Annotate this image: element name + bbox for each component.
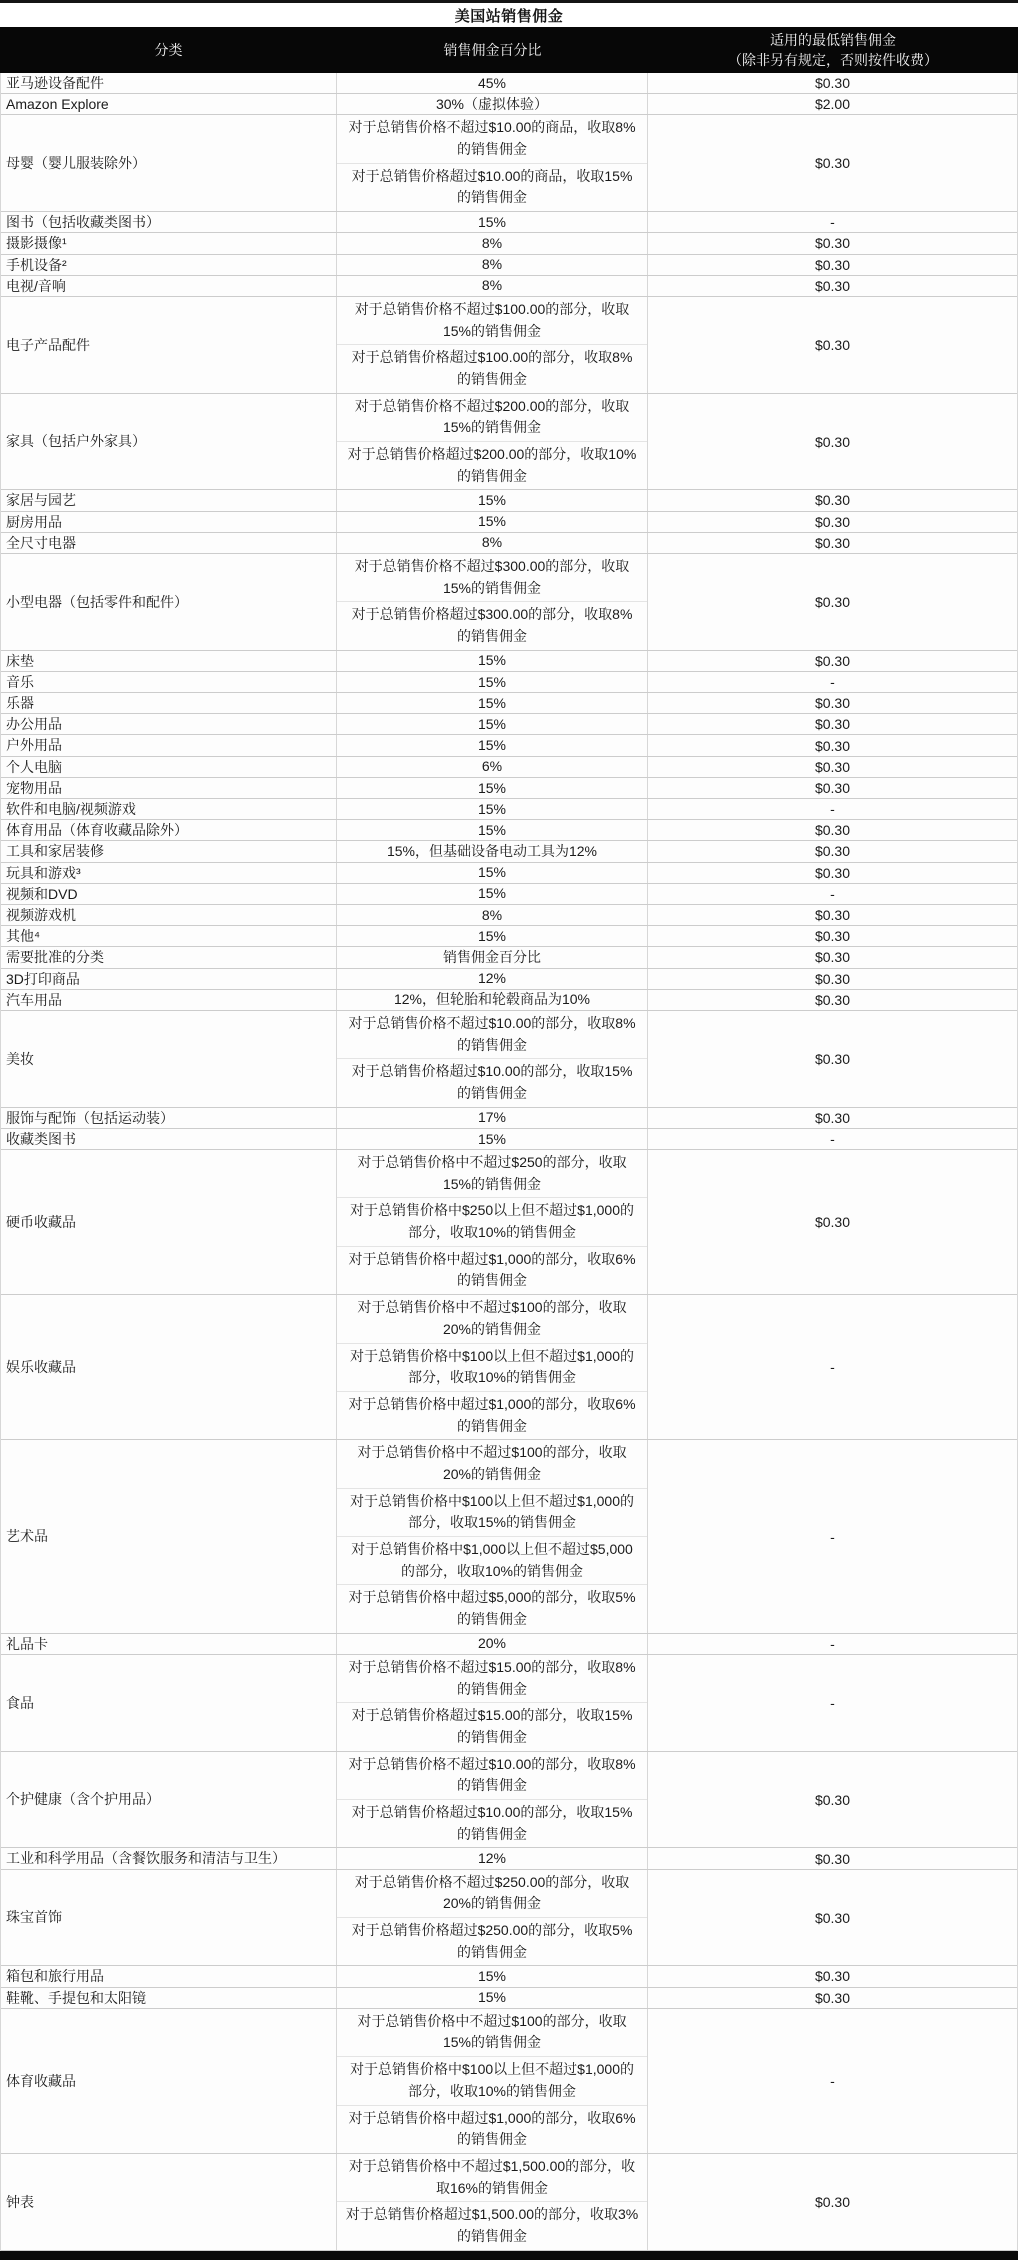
category-cell: 电子产品配件 — [1, 297, 337, 393]
category-cell: 电视/音响 — [1, 276, 337, 296]
table-row: 户外用品15%$0.30 — [1, 735, 1017, 756]
category-cell: 床垫 — [1, 651, 337, 671]
rate-tier: 15% — [337, 512, 647, 532]
category-cell: Amazon Explore — [1, 94, 337, 114]
category-cell: 家具（包括户外家具） — [1, 394, 337, 490]
category-cell: 视频游戏机 — [1, 905, 337, 925]
table-row: 硬币收藏品对于总销售价格中不超过$250的部分，收取15%的销售佣金对于总销售价… — [1, 1150, 1017, 1295]
rate-cell: 15% — [337, 212, 648, 232]
rate-tier: 15% — [337, 714, 647, 734]
rate-cell: 销售佣金百分比 — [337, 947, 648, 967]
rate-tier: 15% — [337, 212, 647, 232]
table-row: 电视/音响8%$0.30 — [1, 276, 1017, 297]
rate-tier: 对于总销售价格不超过$200.00的部分，收取15%的销售佣金 — [337, 394, 647, 442]
table-row: 玩具和游戏³15%$0.30 — [1, 863, 1017, 884]
rate-cell: 对于总销售价格中不超过$250的部分，收取15%的销售佣金对于总销售价格中$25… — [337, 1150, 648, 1294]
min-fee-cell: $2.00 — [648, 94, 1017, 114]
min-fee-cell: $0.30 — [648, 841, 1017, 861]
rate-tier: 对于总销售价格超过$10.00的部分，收取15%的销售佣金 — [337, 1800, 647, 1847]
rate-cell: 对于总销售价格不超过$10.00的部分，收取8%的销售佣金对于总销售价格超过$1… — [337, 1011, 648, 1107]
table-row: 工业和科学用品（含餐饮服务和清洁与卫生）12%$0.30 — [1, 1848, 1017, 1869]
rate-cell: 8% — [337, 276, 648, 296]
min-fee-cell: $0.30 — [648, 714, 1017, 734]
category-cell: 摄影摄像¹ — [1, 233, 337, 253]
min-fee-cell: - — [648, 1440, 1017, 1633]
rate-cell: 8% — [337, 533, 648, 553]
table-row: 个护健康（含个护用品）对于总销售价格不超过$10.00的部分，收取8%的销售佣金… — [1, 1752, 1017, 1849]
table-row: 家居与园艺15%$0.30 — [1, 490, 1017, 511]
min-fee-cell: - — [648, 799, 1017, 819]
rate-tier: 12% — [337, 1848, 647, 1868]
category-cell: 其他⁴ — [1, 926, 337, 946]
min-fee-cell: - — [648, 1295, 1017, 1439]
category-cell: 全尺寸电器 — [1, 533, 337, 553]
rate-tier: 对于总销售价格超过$10.00的部分，收取15%的销售佣金 — [337, 1059, 647, 1106]
category-cell: 办公用品 — [1, 714, 337, 734]
min-fee-cell: $0.30 — [648, 1966, 1017, 1986]
rate-tier: 15% — [337, 1966, 647, 1986]
rate-tier: 对于总销售价格不超过$250.00的部分，收取20%的销售佣金 — [337, 1870, 647, 1918]
rate-cell: 对于总销售价格不超过$250.00的部分，收取20%的销售佣金对于总销售价格超过… — [337, 1870, 648, 1966]
rate-tier: 对于总销售价格超过$100.00的部分，收取8%的销售佣金 — [337, 345, 647, 392]
rate-tier: 对于总销售价格超过$250.00的部分，收取5%的销售佣金 — [337, 1918, 647, 1965]
rate-tier: 对于总销售价格中$100以上但不超过$1,000的部分，收取10%的销售佣金 — [337, 1344, 647, 1392]
rate-cell: 15% — [337, 512, 648, 532]
category-cell: 软件和电脑/视频游戏 — [1, 799, 337, 819]
category-cell: 视频和DVD — [1, 884, 337, 904]
min-fee-cell: $0.30 — [648, 947, 1017, 967]
table-row: 摄影摄像¹8%$0.30 — [1, 233, 1017, 254]
category-cell: 珠宝首饰 — [1, 1870, 337, 1966]
min-fee-cell: $0.30 — [648, 115, 1017, 211]
rate-cell: 15% — [337, 735, 648, 755]
rate-tier: 对于总销售价格超过$300.00的部分，收取8%的销售佣金 — [337, 602, 647, 649]
rate-tier: 对于总销售价格超过$15.00的部分，收取15%的销售佣金 — [337, 1703, 647, 1750]
rate-cell: 对于总销售价格不超过$200.00的部分，收取15%的销售佣金对于总销售价格超过… — [337, 394, 648, 490]
min-fee-cell: $0.30 — [648, 735, 1017, 755]
table-row: 体育用品（体育收藏品除外）15%$0.30 — [1, 820, 1017, 841]
rate-tier: 对于总销售价格中$100以上但不超过$1,000的部分，收取15%的销售佣金 — [337, 1489, 647, 1537]
min-fee-cell: $0.30 — [648, 2154, 1017, 2250]
rate-cell: 12%，但轮胎和轮毂商品为10% — [337, 990, 648, 1010]
min-fee-cell: $0.30 — [648, 926, 1017, 946]
table-row: 个人电脑6%$0.30 — [1, 757, 1017, 778]
table-row: 收藏类图书15%- — [1, 1129, 1017, 1150]
rate-tier: 8% — [337, 533, 647, 553]
page-title: 美国站销售佣金 — [455, 5, 564, 26]
rate-cell: 15% — [337, 651, 648, 671]
min-fee-cell: $0.30 — [648, 394, 1017, 490]
rate-tier: 对于总销售价格超过$200.00的部分，收取10%的销售佣金 — [337, 442, 647, 489]
rate-tier: 17% — [337, 1108, 647, 1128]
rate-tier: 对于总销售价格中超过$1,000的部分，收取6%的销售佣金 — [337, 2106, 647, 2153]
table-row: 手机设备²8%$0.30 — [1, 255, 1017, 276]
table-row: 汽车用品12%，但轮胎和轮毂商品为10%$0.30 — [1, 990, 1017, 1011]
rate-cell: 8% — [337, 905, 648, 925]
rate-tier: 8% — [337, 905, 647, 925]
min-fee-cell: $0.30 — [648, 233, 1017, 253]
table-row: 钟表对于总销售价格中不超过$1,500.00的部分，收取16%的销售佣金对于总销… — [1, 2154, 1017, 2251]
table-row: 母婴（婴儿服装除外）对于总销售价格不超过$10.00的商品，收取8%的销售佣金对… — [1, 115, 1017, 212]
min-fee-cell: $0.30 — [648, 490, 1017, 510]
min-fee-cell: $0.30 — [648, 820, 1017, 840]
table-row: 床垫15%$0.30 — [1, 651, 1017, 672]
table-row: 箱包和旅行用品15%$0.30 — [1, 1966, 1017, 1987]
category-cell: 个人电脑 — [1, 757, 337, 777]
min-fee-cell: - — [648, 1129, 1017, 1149]
category-cell: 小型电器（包括零件和配件） — [1, 554, 337, 650]
rate-cell: 8% — [337, 255, 648, 275]
table-row: 视频游戏机8%$0.30 — [1, 905, 1017, 926]
rate-tier: 30%（虚拟体验） — [337, 94, 647, 114]
table-row: 办公用品15%$0.30 — [1, 714, 1017, 735]
min-fee-cell: $0.30 — [648, 1988, 1017, 2008]
category-cell: 3D打印商品 — [1, 969, 337, 989]
min-fee-cell: - — [648, 1634, 1017, 1654]
rate-tier: 对于总销售价格中超过$1,000的部分，收取6%的销售佣金 — [337, 1392, 647, 1439]
min-fee-cell: $0.30 — [648, 651, 1017, 671]
rate-tier: 对于总销售价格中不超过$100的部分，收取20%的销售佣金 — [337, 1440, 647, 1488]
rate-tier: 12%，但轮胎和轮毂商品为10% — [337, 990, 647, 1010]
rate-tier: 对于总销售价格不超过$10.00的商品，收取8%的销售佣金 — [337, 115, 647, 163]
table-row: 视频和DVD15%- — [1, 884, 1017, 905]
min-fee-cell: $0.30 — [648, 255, 1017, 275]
min-fee-cell: $0.30 — [648, 757, 1017, 777]
category-cell: 玩具和游戏³ — [1, 863, 337, 883]
category-cell: 体育收藏品 — [1, 2009, 337, 2153]
table-row: 全尺寸电器8%$0.30 — [1, 533, 1017, 554]
min-fee-cell: - — [648, 2009, 1017, 2153]
rate-cell: 15% — [337, 1966, 648, 1986]
rate-tier: 对于总销售价格中超过$5,000的部分，收取5%的销售佣金 — [337, 1585, 647, 1632]
fee-table-body: 亚马逊设备配件45%$0.30Amazon Explore30%（虚拟体验）$2… — [0, 73, 1018, 2251]
min-fee-cell: $0.30 — [648, 533, 1017, 553]
min-fee-cell: $0.30 — [648, 73, 1017, 93]
rate-cell: 8% — [337, 233, 648, 253]
table-row: 乐器15%$0.30 — [1, 693, 1017, 714]
category-cell: 体育用品（体育收藏品除外） — [1, 820, 337, 840]
rate-tier: 对于总销售价格中超过$1,000的部分，收取6%的销售佣金 — [337, 1247, 647, 1294]
rate-cell: 6% — [337, 757, 648, 777]
category-cell: 汽车用品 — [1, 990, 337, 1010]
rate-cell: 对于总销售价格中不超过$100的部分，收取20%的销售佣金对于总销售价格中$10… — [337, 1440, 648, 1633]
min-fee-cell: $0.30 — [648, 1752, 1017, 1848]
rate-tier: 15% — [337, 693, 647, 713]
category-cell: 乐器 — [1, 693, 337, 713]
table-header-row: 分类 销售佣金百分比 适用的最低销售佣金 （除非另有规定，否则按件收费） — [0, 27, 1018, 73]
rate-tier: 15% — [337, 1129, 647, 1149]
table-row: 体育收藏品对于总销售价格中不超过$100的部分，收取15%的销售佣金对于总销售价… — [1, 2009, 1017, 2154]
rate-tier: 20% — [337, 1634, 647, 1654]
rate-cell: 20% — [337, 1634, 648, 1654]
rate-tier: 15% — [337, 735, 647, 755]
rate-cell: 对于总销售价格不超过$10.00的部分，收取8%的销售佣金对于总销售价格超过$1… — [337, 1752, 648, 1848]
table-row: 软件和电脑/视频游戏15%- — [1, 799, 1017, 820]
table-row: 珠宝首饰对于总销售价格不超过$250.00的部分，收取20%的销售佣金对于总销售… — [1, 1870, 1017, 1967]
category-cell: 服饰与配饰（包括运动装） — [1, 1108, 337, 1128]
next-section-bar — [0, 2251, 1018, 2260]
category-cell: 家居与园艺 — [1, 490, 337, 510]
min-fee-cell: $0.30 — [648, 276, 1017, 296]
table-row: 礼品卡20%- — [1, 1634, 1017, 1655]
rate-cell: 15% — [337, 863, 648, 883]
rate-tier: 45% — [337, 73, 647, 93]
rate-cell: 对于总销售价格中不超过$100的部分，收取15%的销售佣金对于总销售价格中$10… — [337, 2009, 648, 2153]
rate-cell: 15% — [337, 799, 648, 819]
rate-tier: 15% — [337, 820, 647, 840]
table-row: 美妆对于总销售价格不超过$10.00的部分，收取8%的销售佣金对于总销售价格超过… — [1, 1011, 1017, 1108]
rate-tier: 15% — [337, 1988, 647, 2008]
rate-cell: 15% — [337, 778, 648, 798]
min-fee-cell: $0.30 — [648, 1108, 1017, 1128]
table-row: Amazon Explore30%（虚拟体验）$2.00 — [1, 94, 1017, 115]
min-fee-cell: $0.30 — [648, 990, 1017, 1010]
category-cell: 个护健康（含个护用品） — [1, 1752, 337, 1848]
category-cell: 户外用品 — [1, 735, 337, 755]
category-cell: 工业和科学用品（含餐饮服务和清洁与卫生） — [1, 1848, 337, 1868]
category-cell: 图书（包括收藏类图书） — [1, 212, 337, 232]
table-row: 宠物用品15%$0.30 — [1, 778, 1017, 799]
table-row: 需要批准的分类销售佣金百分比$0.30 — [1, 947, 1017, 968]
rate-tier: 15% — [337, 651, 647, 671]
min-fee-cell: - — [648, 672, 1017, 692]
rate-cell: 15% — [337, 926, 648, 946]
rate-cell: 17% — [337, 1108, 648, 1128]
rate-tier: 销售佣金百分比 — [337, 947, 647, 967]
rate-tier: 15%，但基础设备电动工具为12% — [337, 841, 647, 861]
min-fee-cell: $0.30 — [648, 1870, 1017, 1966]
table-row: 娱乐收藏品对于总销售价格中不超过$100的部分，收取20%的销售佣金对于总销售价… — [1, 1295, 1017, 1440]
header-category: 分类 — [0, 27, 337, 73]
rate-tier: 对于总销售价格不超过$100.00的部分，收取15%的销售佣金 — [337, 297, 647, 345]
rate-tier: 15% — [337, 926, 647, 946]
rate-tier: 8% — [337, 255, 647, 275]
rate-cell: 对于总销售价格不超过$100.00的部分，收取15%的销售佣金对于总销售价格超过… — [337, 297, 648, 393]
table-row: 艺术品对于总销售价格中不超过$100的部分，收取20%的销售佣金对于总销售价格中… — [1, 1440, 1017, 1634]
rate-tier: 12% — [337, 969, 647, 989]
rate-cell: 对于总销售价格不超过$300.00的部分，收取15%的销售佣金对于总销售价格超过… — [337, 554, 648, 650]
rate-cell: 对于总销售价格不超过$10.00的商品，收取8%的销售佣金对于总销售价格超过$1… — [337, 115, 648, 211]
category-cell: 艺术品 — [1, 1440, 337, 1633]
table-row: 图书（包括收藏类图书）15%- — [1, 212, 1017, 233]
rate-cell: 15% — [337, 820, 648, 840]
rate-cell: 对于总销售价格不超过$15.00的部分，收取8%的销售佣金对于总销售价格超过$1… — [337, 1655, 648, 1751]
rate-cell: 30%（虚拟体验） — [337, 94, 648, 114]
category-cell: 音乐 — [1, 672, 337, 692]
table-row: 电子产品配件对于总销售价格不超过$100.00的部分，收取15%的销售佣金对于总… — [1, 297, 1017, 394]
table-row: 食品对于总销售价格不超过$15.00的部分，收取8%的销售佣金对于总销售价格超过… — [1, 1655, 1017, 1752]
table-row: 工具和家居装修15%，但基础设备电动工具为12%$0.30 — [1, 841, 1017, 862]
category-cell: 钟表 — [1, 2154, 337, 2250]
min-fee-cell: $0.30 — [648, 778, 1017, 798]
table-row: 厨房用品15%$0.30 — [1, 512, 1017, 533]
category-cell: 亚马逊设备配件 — [1, 73, 337, 93]
min-fee-cell: - — [648, 212, 1017, 232]
header-rate: 销售佣金百分比 — [337, 27, 648, 73]
rate-tier: 对于总销售价格中不超过$100的部分，收取15%的销售佣金 — [337, 2009, 647, 2057]
referral-fee-page: 美国站销售佣金 分类 销售佣金百分比 适用的最低销售佣金 （除非另有规定，否则按… — [0, 0, 1018, 2260]
category-cell: 宠物用品 — [1, 778, 337, 798]
category-cell: 礼品卡 — [1, 1634, 337, 1654]
table-row: 其他⁴15%$0.30 — [1, 926, 1017, 947]
rate-cell: 15% — [337, 490, 648, 510]
min-fee-cell: $0.30 — [648, 1848, 1017, 1868]
category-cell: 收藏类图书 — [1, 1129, 337, 1149]
category-cell: 箱包和旅行用品 — [1, 1966, 337, 1986]
min-fee-cell: $0.30 — [648, 1150, 1017, 1294]
category-cell: 美妆 — [1, 1011, 337, 1107]
table-row: 3D打印商品12%$0.30 — [1, 969, 1017, 990]
rate-cell: 15% — [337, 1988, 648, 2008]
table-title-bar: 美国站销售佣金 — [0, 3, 1018, 27]
min-fee-cell: $0.30 — [648, 863, 1017, 883]
rate-tier: 对于总销售价格不超过$300.00的部分，收取15%的销售佣金 — [337, 554, 647, 602]
category-cell: 鞋靴、手提包和太阳镜 — [1, 1988, 337, 2008]
rate-tier: 对于总销售价格中$1,000以上但不超过$5,000的部分，收取10%的销售佣金 — [337, 1537, 647, 1585]
min-fee-cell: - — [648, 884, 1017, 904]
rate-tier: 8% — [337, 233, 647, 253]
rate-tier: 15% — [337, 672, 647, 692]
rate-tier: 8% — [337, 276, 647, 296]
rate-tier: 对于总销售价格中不超过$100的部分，收取20%的销售佣金 — [337, 1295, 647, 1343]
table-row: 家具（包括户外家具）对于总销售价格不超过$200.00的部分，收取15%的销售佣… — [1, 394, 1017, 491]
category-cell: 需要批准的分类 — [1, 947, 337, 967]
min-fee-cell: $0.30 — [648, 1011, 1017, 1107]
min-fee-cell: $0.30 — [648, 969, 1017, 989]
min-fee-cell: $0.30 — [648, 693, 1017, 713]
min-fee-cell: $0.30 — [648, 512, 1017, 532]
rate-cell: 15% — [337, 714, 648, 734]
rate-tier: 15% — [337, 799, 647, 819]
category-cell: 手机设备² — [1, 255, 337, 275]
rate-tier: 15% — [337, 490, 647, 510]
category-cell: 食品 — [1, 1655, 337, 1751]
category-cell: 工具和家居装修 — [1, 841, 337, 861]
rate-tier: 15% — [337, 884, 647, 904]
table-row: 亚马逊设备配件45%$0.30 — [1, 73, 1017, 94]
header-min-fee: 适用的最低销售佣金 （除非另有规定，否则按件收费） — [648, 27, 1018, 73]
category-cell: 硬币收藏品 — [1, 1150, 337, 1294]
table-row: 小型电器（包括零件和配件）对于总销售价格不超过$300.00的部分，收取15%的… — [1, 554, 1017, 651]
rate-cell: 12% — [337, 1848, 648, 1868]
rate-cell: 15%，但基础设备电动工具为12% — [337, 841, 648, 861]
rate-cell: 45% — [337, 73, 648, 93]
rate-tier: 对于总销售价格中不超过$250的部分，收取15%的销售佣金 — [337, 1150, 647, 1198]
rate-tier: 15% — [337, 778, 647, 798]
min-fee-cell: $0.30 — [648, 297, 1017, 393]
rate-cell: 15% — [337, 1129, 648, 1149]
rate-tier: 15% — [337, 863, 647, 883]
rate-tier: 对于总销售价格不超过$10.00的部分，收取8%的销售佣金 — [337, 1011, 647, 1059]
table-row: 服饰与配饰（包括运动装）17%$0.30 — [1, 1108, 1017, 1129]
rate-tier: 对于总销售价格中$250以上但不超过$1,000的部分，收取10%的销售佣金 — [337, 1198, 647, 1246]
rate-cell: 12% — [337, 969, 648, 989]
rate-tier: 6% — [337, 757, 647, 777]
rate-tier: 对于总销售价格不超过$10.00的部分，收取8%的销售佣金 — [337, 1752, 647, 1800]
rate-tier: 对于总销售价格中$100以上但不超过$1,000的部分，收取10%的销售佣金 — [337, 2057, 647, 2105]
category-cell: 娱乐收藏品 — [1, 1295, 337, 1439]
category-cell: 厨房用品 — [1, 512, 337, 532]
min-fee-cell: $0.30 — [648, 905, 1017, 925]
category-cell: 母婴（婴儿服装除外） — [1, 115, 337, 211]
min-fee-cell: $0.30 — [648, 554, 1017, 650]
rate-tier: 对于总销售价格中不超过$1,500.00的部分，收取16%的销售佣金 — [337, 2154, 647, 2202]
rate-cell: 15% — [337, 884, 648, 904]
rate-cell: 15% — [337, 672, 648, 692]
rate-tier: 对于总销售价格超过$1,500.00的部分，收取3%的销售佣金 — [337, 2202, 647, 2249]
rate-cell: 对于总销售价格中不超过$100的部分，收取20%的销售佣金对于总销售价格中$10… — [337, 1295, 648, 1439]
rate-cell: 对于总销售价格中不超过$1,500.00的部分，收取16%的销售佣金对于总销售价… — [337, 2154, 648, 2250]
min-fee-cell: - — [648, 1655, 1017, 1751]
rate-tier: 对于总销售价格不超过$15.00的部分，收取8%的销售佣金 — [337, 1655, 647, 1703]
table-row: 音乐15%- — [1, 672, 1017, 693]
rate-cell: 15% — [337, 693, 648, 713]
rate-tier: 对于总销售价格超过$10.00的商品，收取15%的销售佣金 — [337, 164, 647, 211]
table-row: 鞋靴、手提包和太阳镜15%$0.30 — [1, 1988, 1017, 2009]
